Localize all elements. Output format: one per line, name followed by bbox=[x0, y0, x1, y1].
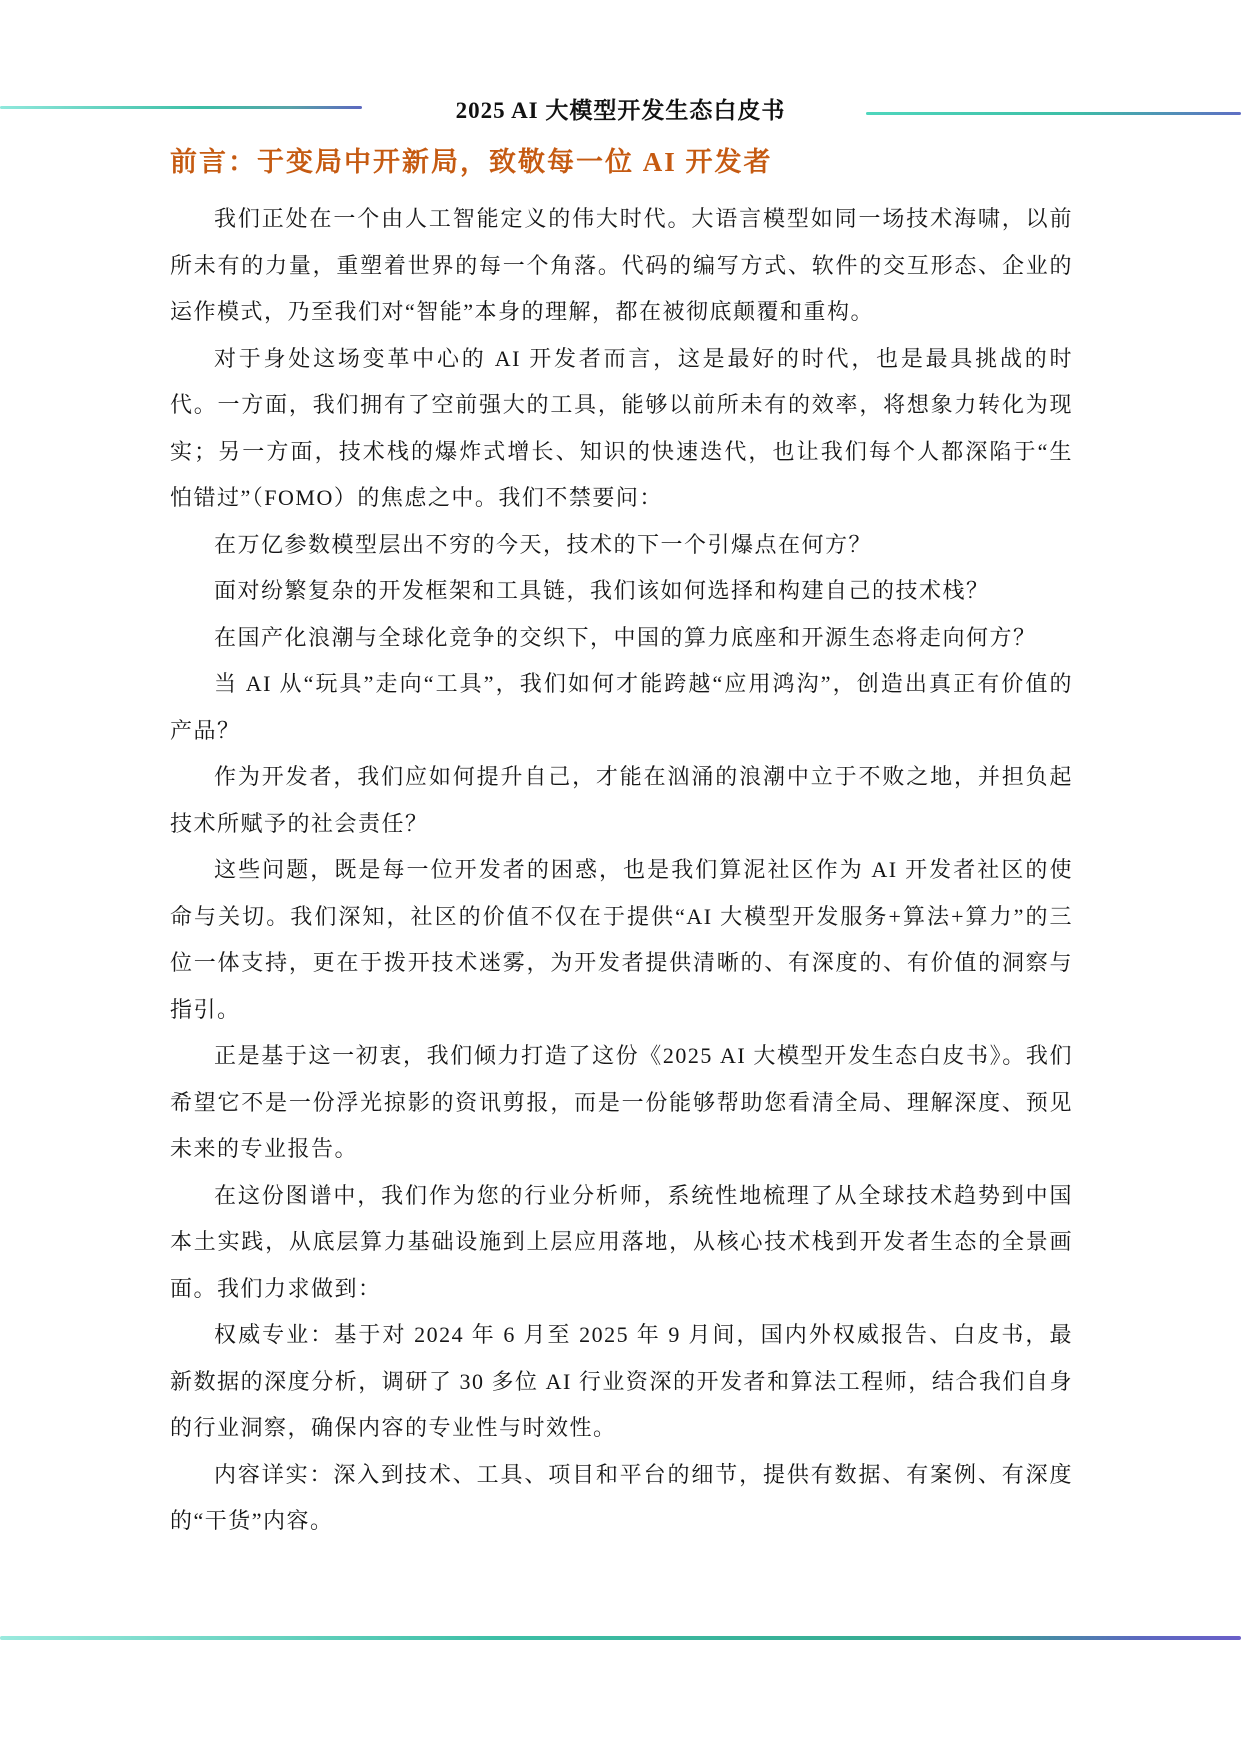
paragraph-3: 在万亿参数模型层出不穷的今天，技术的下一个引爆点在何方？ bbox=[170, 522, 1073, 569]
paragraph-7: 作为开发者，我们应如何提升自己，才能在汹涌的浪潮中立于不败之地，并担负起技术所赋… bbox=[170, 754, 1073, 847]
section-heading: 前言：于变局中开新局，致敬每一位 AI 开发者 bbox=[170, 140, 1073, 184]
paragraph-10: 在这份图谱中，我们作为您的行业分析师，系统性地梳理了从全球技术趋势到中国本土实践… bbox=[170, 1173, 1073, 1313]
paragraph-2: 对于身处这场变革中心的 AI 开发者而言，这是最好的时代，也是最具挑战的时代。一… bbox=[170, 336, 1073, 522]
paragraph-11: 权威专业：基于对 2024 年 6 月至 2025 年 9 月间，国内外权威报告… bbox=[170, 1312, 1073, 1452]
paragraph-5: 在国产化浪潮与全球化竞争的交织下，中国的算力底座和开源生态将走向何方？ bbox=[170, 615, 1073, 662]
paragraph-8: 这些问题，既是每一位开发者的困惑，也是我们算泥社区作为 AI 开发者社区的使命与… bbox=[170, 847, 1073, 1033]
body-text: 我们正处在一个由人工智能定义的伟大时代。大语言模型如同一场技术海啸，以前所未有的… bbox=[170, 196, 1073, 1545]
paragraph-6: 当 AI 从“玩具”走向“工具”，我们如何才能跨越“应用鸿沟”，创造出真正有价值… bbox=[170, 661, 1073, 754]
document-page: 2025 AI 大模型开发生态白皮书 前言：于变局中开新局，致敬每一位 AI 开… bbox=[0, 0, 1241, 1754]
header-rule-right bbox=[866, 112, 1241, 115]
paragraph-12: 内容详实：深入到技术、工具、项目和平台的细节，提供有数据、有案例、有深度的“干货… bbox=[170, 1452, 1073, 1545]
paragraph-1: 我们正处在一个由人工智能定义的伟大时代。大语言模型如同一场技术海啸，以前所未有的… bbox=[170, 196, 1073, 336]
paragraph-4: 面对纷繁复杂的开发框架和工具链，我们该如何选择和构建自己的技术栈？ bbox=[170, 568, 1073, 615]
paragraph-9: 正是基于这一初衷，我们倾力打造了这份《2025 AI 大模型开发生态白皮书》。我… bbox=[170, 1033, 1073, 1173]
preface-section: 前言：于变局中开新局，致敬每一位 AI 开发者 我们正处在一个由人工智能定义的伟… bbox=[170, 140, 1073, 1545]
footer-rule bbox=[0, 1636, 1241, 1640]
document-header-title: 2025 AI 大模型开发生态白皮书 bbox=[0, 92, 1241, 125]
